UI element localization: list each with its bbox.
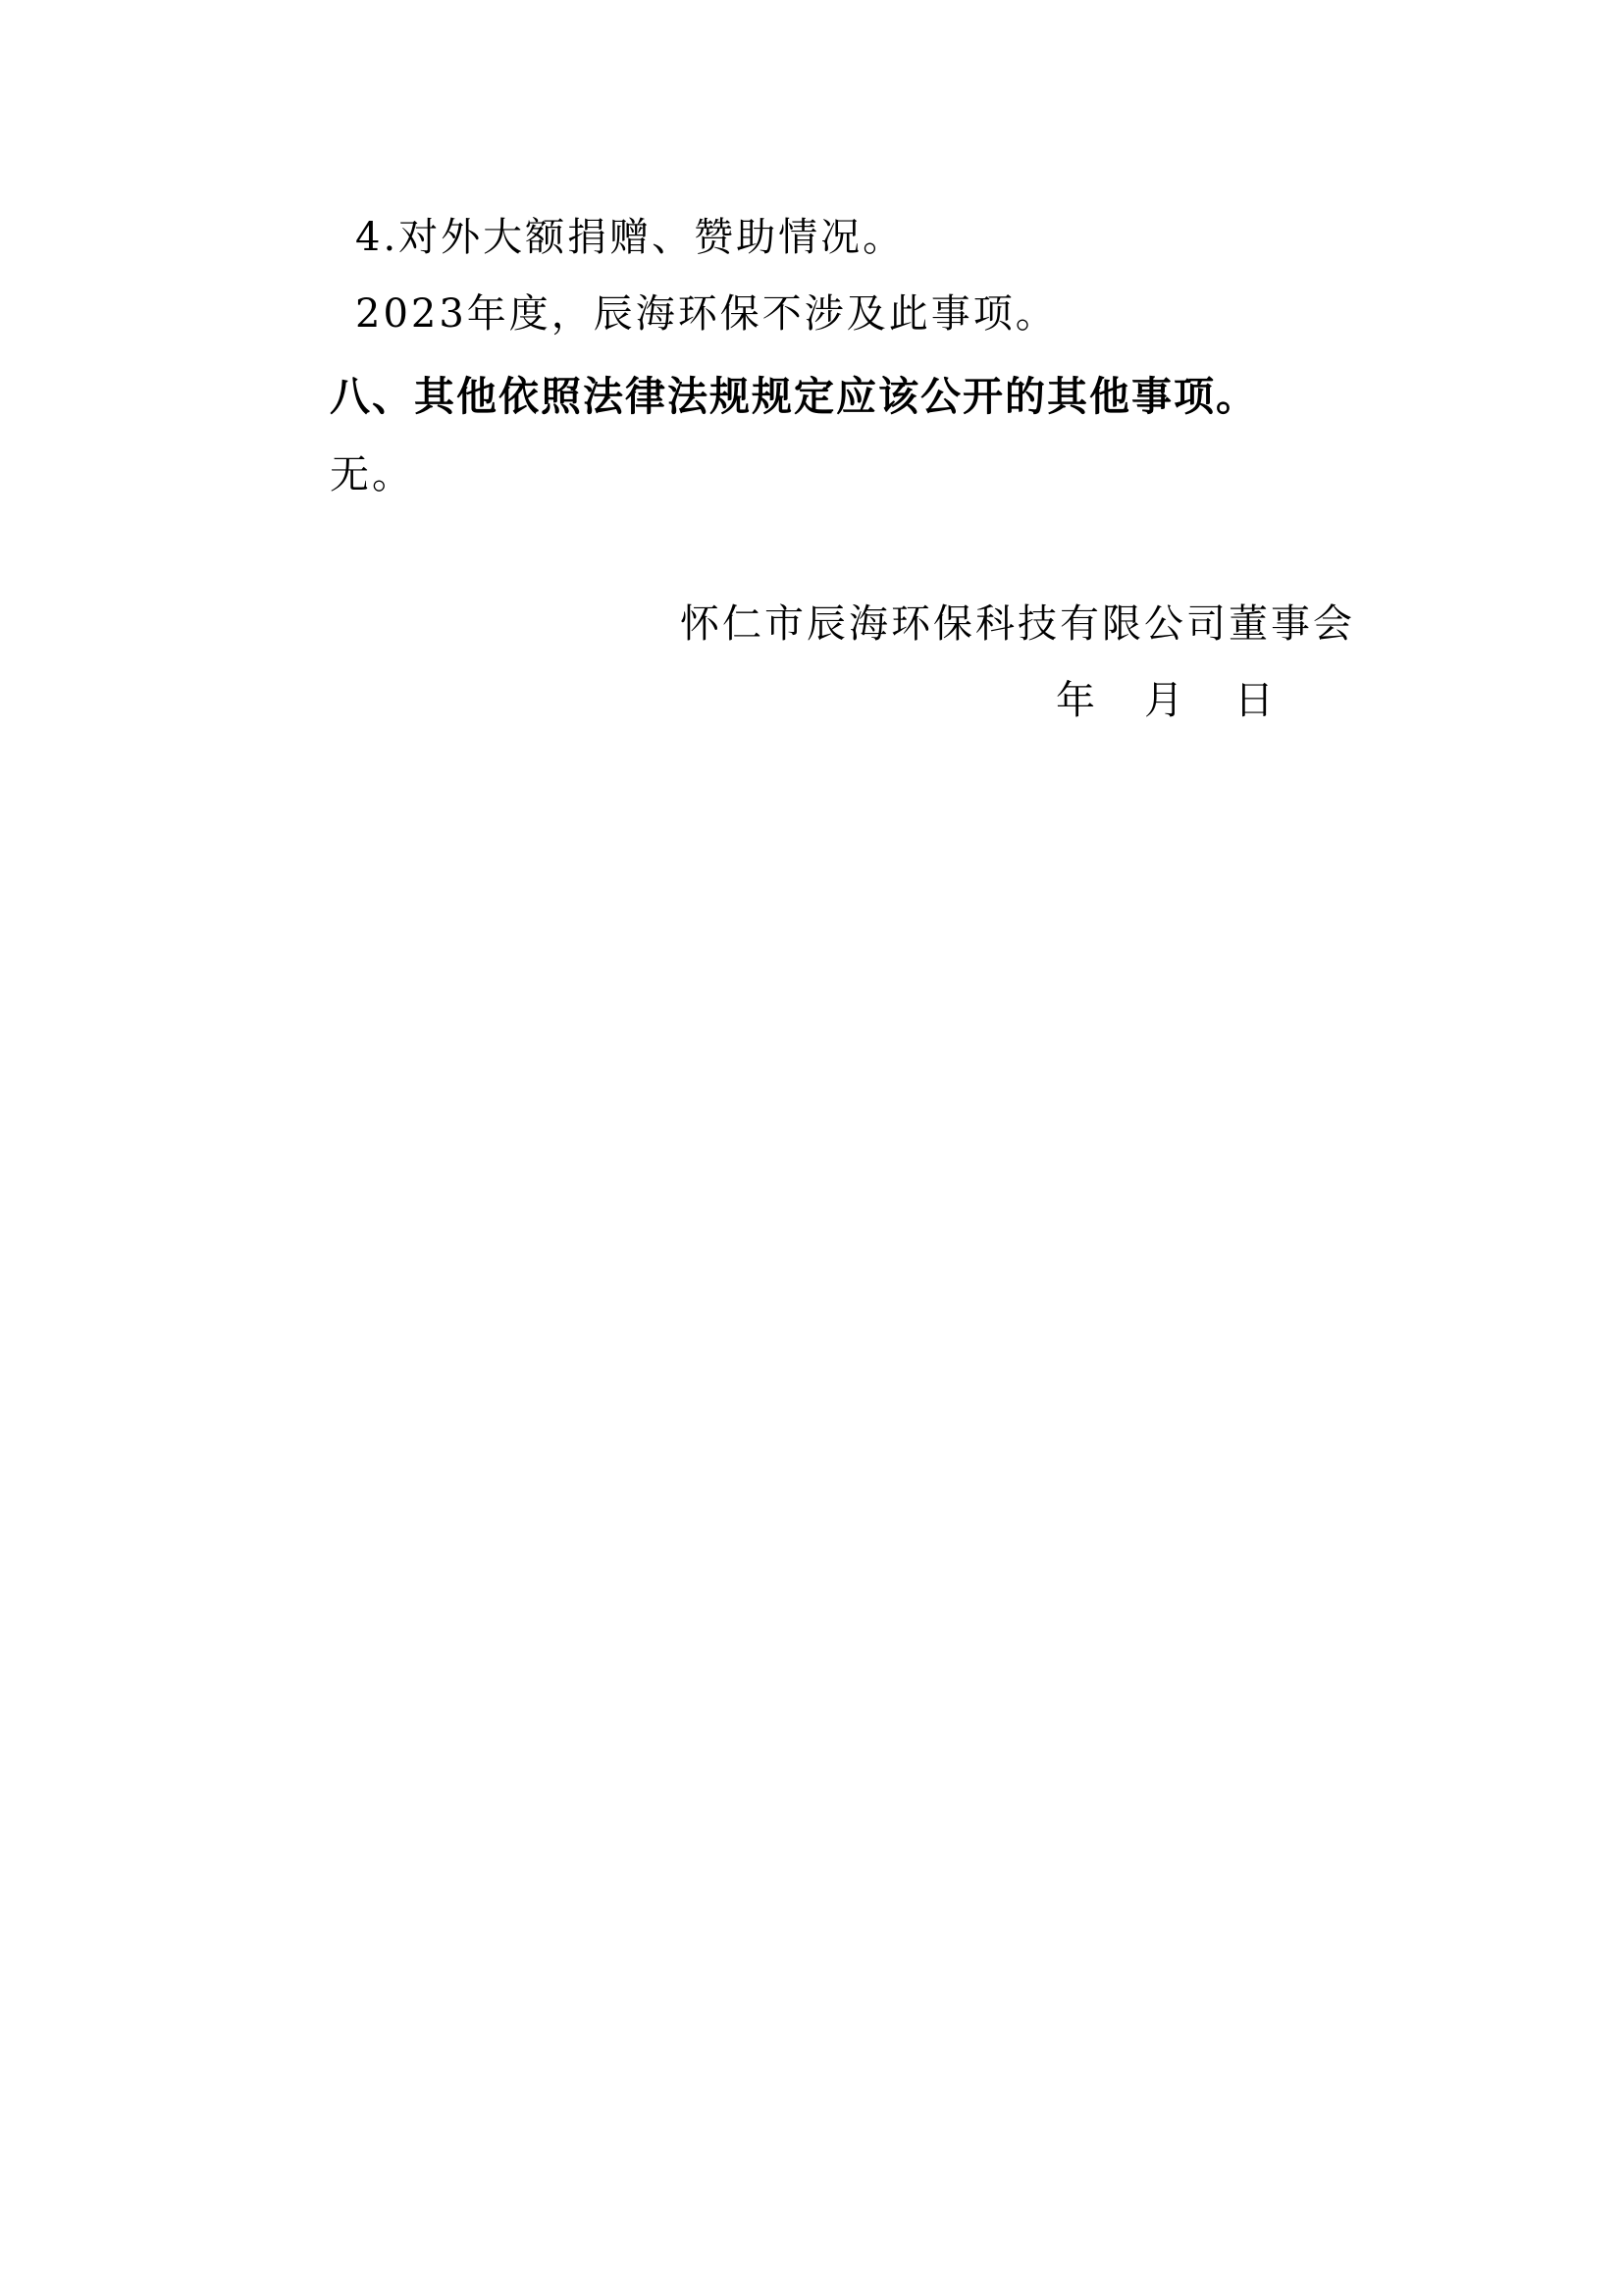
- item-4-title: 4.对外大额捐赠、赞助情况。: [355, 214, 905, 261]
- document-page: 4.对外大额捐赠、赞助情况。 2023年度，辰海环保不涉及此事项。 八、其他依照…: [0, 0, 1624, 2295]
- item-4-content: 2023年度，辰海环保不涉及此事项。: [355, 290, 1058, 338]
- section-8-content: 无。: [330, 451, 414, 498]
- section-8-heading: 八、其他依照法律法规规定应该公开的其他事项。: [330, 373, 1258, 420]
- date-year-label: 年: [1056, 677, 1095, 724]
- date-day-label: 日: [1234, 677, 1274, 724]
- signature-organization: 怀仁市辰海环保科技有限公司董事会: [680, 600, 1355, 648]
- date-month-label: 月: [1144, 677, 1183, 724]
- signature-date: 年 月 日: [0, 677, 1624, 726]
